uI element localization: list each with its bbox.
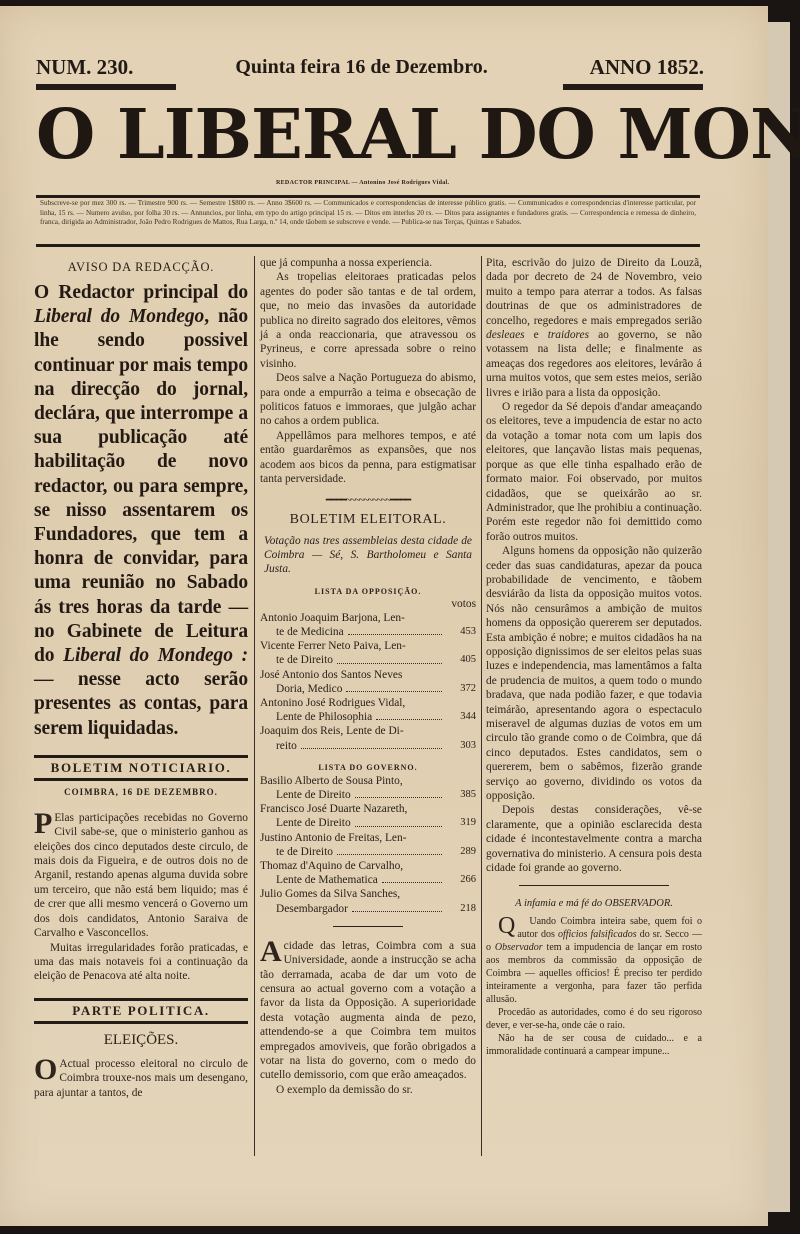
- italic-text: desleaes: [486, 329, 525, 341]
- paragraph: Depois destas considerações, vê-se clara…: [486, 803, 702, 875]
- candidate-votes: 344: [450, 710, 476, 724]
- issue-date: Quinta feira 16 de Dezembro.: [235, 56, 487, 79]
- paragraph: Muitas irregularidades forão praticadas,…: [34, 941, 248, 984]
- candidate-name: Thomaz d'Aquino de Carvalho,: [260, 859, 476, 873]
- candidate-votes: 405: [450, 653, 476, 667]
- masthead-rule-right: [563, 84, 703, 90]
- cidade-article: Acidade das letras, Coimbra com a sua Un…: [260, 939, 476, 1097]
- leader-dots: [346, 682, 442, 692]
- candidate-row: Julio Gomes da Silva Sanches,Desembargad…: [260, 887, 476, 915]
- column-1: AVISO DA REDACÇÃO. O Redactor principal …: [34, 256, 248, 1100]
- candidate-votes: 303: [450, 739, 476, 753]
- candidate-title: te de Direito: [276, 845, 333, 859]
- paragraph: Actual processo eleitoral no circulo de …: [34, 1058, 248, 1099]
- redactor-line: REDACTOR PRINCIPAL — Antonino José Rodri…: [276, 180, 449, 186]
- infamia-heading: A infamia e má fé do OBSERVADOR.: [486, 898, 702, 909]
- paragraph: Deos salve a Nação Portugueza do abismo,…: [260, 371, 476, 429]
- dropcap: Q: [486, 915, 515, 937]
- candidate-title: Lente de Mathematica: [276, 873, 378, 887]
- leader-dots: [337, 845, 442, 855]
- dateline: COIMBRA, 16 DE DEZEMBRO.: [34, 787, 248, 797]
- candidate-name: Justino Antonio de Freitas, Len-: [260, 831, 476, 845]
- leader-dots: [355, 788, 442, 798]
- dropcap: A: [260, 939, 282, 965]
- lista-opposicao: Antonio Joaquim Barjona, Len-te de Medic…: [260, 611, 476, 753]
- text: Pita, escrivão do juizo de Direito da Lo…: [486, 257, 702, 327]
- candidate-row: José Antonio dos Santos NevesDoria, Medi…: [260, 668, 476, 696]
- editorial-continued: que já compunha a nossa experiencia. As …: [260, 256, 476, 487]
- column-2: que já compunha a nossa experiencia. As …: [260, 256, 476, 1097]
- paragraph: que já compunha a nossa experiencia.: [260, 256, 476, 270]
- paragraph: QUando Coimbra inteira sabe, quem foi o …: [486, 915, 702, 1006]
- lista-governo-heading: LISTA DO GOVERNO.: [260, 763, 476, 772]
- candidate-title: Doria, Medico: [276, 682, 342, 696]
- subscription-info: Subscreve-se por mez 300 rs. — Trimestre…: [36, 199, 700, 241]
- masthead-rule-left: [36, 84, 176, 90]
- section-divider: [519, 885, 669, 886]
- paragraph: Alguns homens da opposição não quizerão …: [486, 544, 702, 803]
- column-rule-1: [254, 256, 255, 1156]
- article-continued: Pita, escrivão do juizo de Direito da Lo…: [486, 256, 702, 875]
- newspaper-title: O LIBERAL DO MONDEGO.: [36, 92, 700, 178]
- masthead-top-line: NUM. 230. Quinta feira 16 de Dezembro. A…: [36, 52, 704, 82]
- candidate-title: Lente de Direito: [276, 788, 351, 802]
- dropcap: O: [34, 1057, 57, 1083]
- candidate-row: Joaquim dos Reis, Lente de Di-reito303: [260, 724, 476, 752]
- paragraph: Appellâmos para melhores tempos, e até e…: [260, 429, 476, 487]
- candidate-name: Antonio Joaquim Barjona, Len-: [260, 611, 476, 625]
- leader-dots: [301, 739, 442, 749]
- italic-text: officios falsificados: [558, 929, 637, 940]
- leader-dots: [382, 873, 442, 883]
- aviso-heading: AVISO DA REDACÇÃO.: [34, 260, 248, 275]
- candidate-title: Lente de Philosophia: [276, 710, 372, 724]
- leader-dots: [337, 653, 442, 663]
- candidate-name: Basilio Alberto de Sousa Pinto,: [260, 774, 476, 788]
- aviso-italic: Liberal do Mondego :: [63, 645, 248, 666]
- dropcap: P: [34, 811, 52, 837]
- noticiario-body: PElas participações recebidas no Governo…: [34, 811, 248, 984]
- leader-dots: [355, 816, 442, 826]
- italic-text: Observador: [495, 942, 543, 953]
- issue-year: ANNO 1852.: [590, 55, 704, 80]
- column-rule-2: [481, 256, 482, 1156]
- paragraph: O regedor da Sé depois d'andar ameaçando…: [486, 400, 702, 544]
- eleicoes-body: OActual processo eleitoral no circulo de…: [34, 1057, 248, 1100]
- lista-opposicao-heading: LISTA DA OPPOSIÇÃO.: [260, 587, 476, 596]
- candidate-votes: 266: [450, 873, 476, 887]
- rule-above-info: [36, 195, 700, 198]
- candidate-row: Thomaz d'Aquino de Carvalho,Lente de Mat…: [260, 859, 476, 887]
- aviso-text: O Redactor principal do: [34, 282, 248, 303]
- boletim-noticiario-heading: BOLETIM NOTICIARIO.: [34, 755, 248, 781]
- votos-label: votos: [260, 598, 476, 611]
- paragraph: As tropelias eleitoraes praticadas pelos…: [260, 270, 476, 371]
- candidate-row: Vicente Ferrer Neto Paiva, Len-te de Dir…: [260, 639, 476, 667]
- aviso-text: , não lhe sendo possivel continuar por m…: [34, 306, 248, 666]
- candidate-row: Basilio Alberto de Sousa Pinto,Lente de …: [260, 774, 476, 802]
- rule-below-info: [36, 244, 700, 247]
- aviso-text: — nesse acto serão presentes as contas, …: [34, 669, 248, 738]
- candidate-row: Justino Antonio de Freitas, Len-te de Di…: [260, 831, 476, 859]
- candidate-row: Francisco José Duarte Nazareth,Lente de …: [260, 802, 476, 830]
- candidate-votes: 372: [450, 682, 476, 696]
- candidate-name: Francisco José Duarte Nazareth,: [260, 802, 476, 816]
- leader-dots: [352, 902, 442, 912]
- aviso-italic: Liberal do Mondego: [34, 306, 204, 327]
- parte-politica-heading: PARTE POLITICA.: [34, 998, 248, 1024]
- candidate-title: te de Direito: [276, 653, 333, 667]
- candidate-name: Julio Gomes da Silva Sanches,: [260, 887, 476, 901]
- candidate-title: Desembargador: [276, 902, 348, 916]
- paragraph: Elas participações recebidas no Governo …: [34, 812, 248, 939]
- candidate-votes: 385: [450, 788, 476, 802]
- boletim-eleitoral-heading: BOLETIM ELEITORAL.: [260, 512, 476, 528]
- candidate-title: reito: [276, 739, 297, 753]
- candidate-votes: 319: [450, 816, 476, 830]
- candidate-votes: 218: [450, 902, 476, 916]
- paragraph: Pita, escrivão do juizo de Direito da Lo…: [486, 256, 702, 400]
- leader-dots: [376, 710, 442, 720]
- paragraph: Procedão as autoridades, como é do seu r…: [486, 1006, 702, 1032]
- issue-number: NUM. 230.: [36, 55, 133, 80]
- candidate-votes: 289: [450, 845, 476, 859]
- candidate-row: Antonino José Rodrigues Vidal,Lente de P…: [260, 696, 476, 724]
- eleicoes-heading: ELEIÇÕES.: [34, 1032, 248, 1049]
- paragraph: O exemplo da demissão do sr.: [260, 1083, 476, 1097]
- ornamental-rule: ━━━━~~~~~~~~~~━━━━: [260, 495, 476, 506]
- page-edge: [768, 22, 790, 1212]
- paragraph: Não ha de ser cousa de cuidado... e a im…: [486, 1032, 702, 1058]
- text: e: [525, 329, 548, 341]
- infamia-body: QUando Coimbra inteira sabe, quem foi o …: [486, 915, 702, 1058]
- candidate-name: Joaquim dos Reis, Lente de Di-: [260, 724, 476, 738]
- column-3: Pita, escrivão do juizo de Direito da Lo…: [486, 256, 702, 1058]
- leader-dots: [348, 625, 442, 635]
- lista-governo: Basilio Alberto de Sousa Pinto,Lente de …: [260, 774, 476, 916]
- section-divider: [333, 926, 403, 927]
- paragraph: cidade das letras, Coimbra com a sua Uni…: [260, 940, 476, 1082]
- candidate-row: Antonio Joaquim Barjona, Len-te de Medic…: [260, 611, 476, 639]
- candidate-votes: 453: [450, 625, 476, 639]
- candidate-title: te de Medicina: [276, 625, 344, 639]
- aviso-body: O Redactor principal do Liberal do Monde…: [34, 281, 248, 741]
- candidate-title: Lente de Direito: [276, 816, 351, 830]
- candidate-name: José Antonio dos Santos Neves: [260, 668, 476, 682]
- boletim-subtitle: Votação nas tres assembleias desta cidad…: [260, 534, 476, 577]
- candidate-name: Antonino José Rodrigues Vidal,: [260, 696, 476, 710]
- italic-text: traidores: [548, 329, 589, 341]
- candidate-name: Vicente Ferrer Neto Paiva, Len-: [260, 639, 476, 653]
